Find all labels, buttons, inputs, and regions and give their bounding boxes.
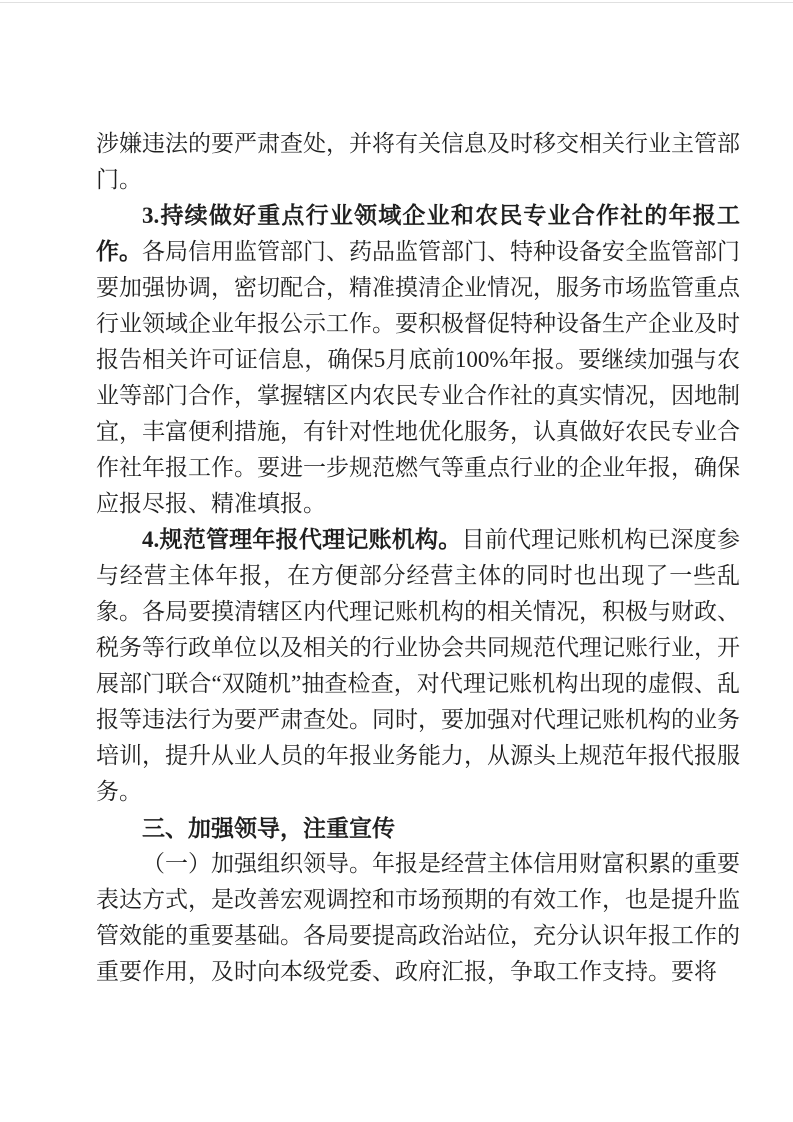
paragraph-item-4: 4.规范管理年报代理记账机构。目前代理记账机构已深度参与经营主体年报，在方便部分… xyxy=(96,522,740,810)
paragraph-continuation-top: 涉嫌违法的要严肃查处，并将有关信息及时移交相关行业主管部门。 xyxy=(96,126,740,198)
paragraph-sub-one: （一）加强组织领导。年报是经营主体信用财富积累的重要表达方式，是改善宏观调控和市… xyxy=(96,846,740,990)
text-segment-bold: 4.规范管理年报代理记账机构。 xyxy=(142,527,461,552)
text-segment: （一）加强组织领导。年报是经营主体信用财富积累的重要表达方式，是改善宏观调控和市… xyxy=(96,851,740,984)
document-body: 涉嫌违法的要严肃查处，并将有关信息及时移交相关行业主管部门。3.持续做好重点行业… xyxy=(96,126,740,990)
paragraph-item-3: 3.持续做好重点行业领域企业和农民专业合作社的年报工作。各局信用监管部门、药品监… xyxy=(96,198,740,522)
text-segment-bold: 三、加强领导，注重宣传 xyxy=(142,815,395,841)
text-segment: 目前代理记账机构已深度参与经营主体年报，在方便部分经营主体的同时也出现了一些乱象… xyxy=(96,527,740,804)
section-heading-three: 三、加强领导，注重宣传 xyxy=(96,810,740,846)
text-segment: 各局信用监管部门、药品监管部门、特种设备安全监管部门要加强协调，密切配合，精准摸… xyxy=(96,239,740,516)
page-top-edge-artifact xyxy=(0,2,793,3)
text-segment: 涉嫌违法的要严肃查处，并将有关信息及时移交相关行业主管部门。 xyxy=(96,131,740,192)
document-page: 涉嫌违法的要严肃查处，并将有关信息及时移交相关行业主管部门。3.持续做好重点行业… xyxy=(0,0,793,1122)
